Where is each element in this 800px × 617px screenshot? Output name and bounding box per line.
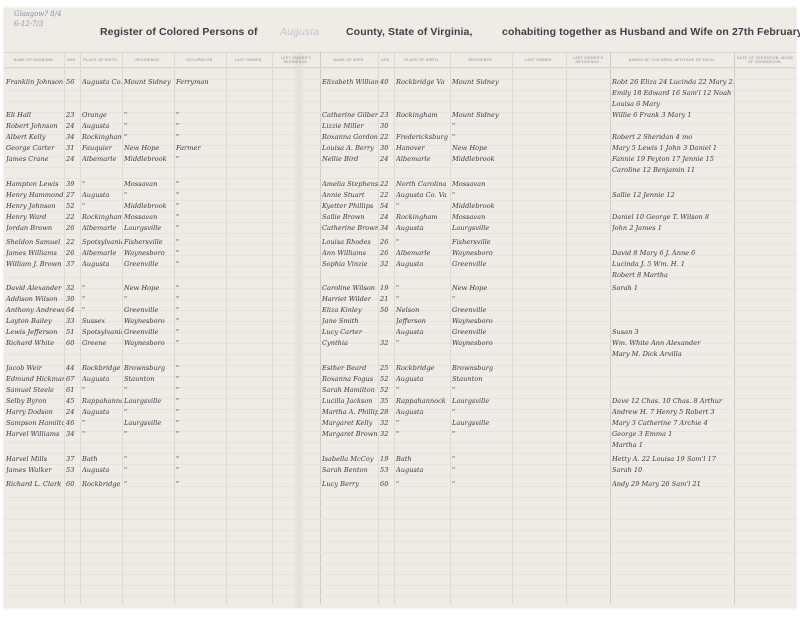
row-rule bbox=[4, 552, 796, 553]
cell-w-res: Waynesboro bbox=[452, 249, 512, 257]
cell-h-age: 60 bbox=[66, 480, 80, 488]
register-row: Layton Bailey33SussexWaynesboro"Jane Smi… bbox=[4, 316, 796, 327]
row-rule bbox=[4, 508, 796, 509]
register-row: David Alexander32"New Hope"Caroline Wils… bbox=[4, 283, 796, 294]
cell-w-birth: " bbox=[396, 202, 450, 210]
cell-occupation: " bbox=[176, 386, 226, 394]
cell-w-birth: Hanover bbox=[396, 144, 450, 152]
cell-wife: Elizabeth Williams bbox=[322, 78, 378, 86]
column-header: Names of Children, with Age of Each. bbox=[610, 53, 734, 67]
cell-husband: Sampson Hamilton bbox=[6, 419, 64, 427]
cell-w-birth: Albemarle bbox=[396, 249, 450, 257]
cell-w-age: 34 bbox=[380, 224, 394, 232]
cell-w-res: " bbox=[452, 480, 512, 488]
cell-w-age: 22 bbox=[380, 191, 394, 199]
cell-w-res: Mossavan bbox=[452, 180, 512, 188]
cell-w-res: " bbox=[452, 466, 512, 474]
register-sheet: Glasgow? 8/4 6-12-7/3 Register of Colore… bbox=[4, 8, 796, 608]
cell-occupation: " bbox=[176, 133, 226, 141]
cell-children: Robt 26 Eliza 24 Lucinda 22 Mary 21 bbox=[612, 78, 734, 86]
cell-husband: Albert Kelly bbox=[6, 133, 64, 141]
cell-w-birth: " bbox=[396, 480, 450, 488]
cell-h-birth: Augusta bbox=[82, 466, 122, 474]
cell-h-age: 24 bbox=[66, 408, 80, 416]
cell-husband: William J. Brown bbox=[6, 260, 64, 268]
cell-children: Lucinda J. 5 Wm. H. 1 bbox=[612, 260, 734, 268]
cell-h-res: " bbox=[124, 111, 174, 119]
register-row: Henry Hammond27Augusta""Annie Stuart22Au… bbox=[4, 190, 796, 201]
column-header: Last Owner's Residence. bbox=[272, 53, 320, 67]
cell-h-age: 39 bbox=[66, 180, 80, 188]
register-row: William J. Brown37AugustaGreenville"Soph… bbox=[4, 259, 796, 270]
cell-h-age: 30 bbox=[66, 295, 80, 303]
cell-w-res: Mount Sidney bbox=[452, 111, 512, 119]
register-row: Robert 8 Martha bbox=[4, 270, 796, 281]
cell-h-birth: Rockbridge bbox=[82, 364, 122, 372]
cell-w-age: 19 bbox=[380, 455, 394, 463]
register-row: Hampton Lewis39"Mossavan"Amelia Stephens… bbox=[4, 179, 796, 190]
cell-husband: Franklin Johnson bbox=[6, 78, 64, 86]
cell-w-res: " bbox=[452, 408, 512, 416]
cell-h-age: 45 bbox=[66, 397, 80, 405]
cell-w-birth: " bbox=[396, 339, 450, 347]
cell-w-birth: Augusta bbox=[396, 224, 450, 232]
cell-children: Andrew H. 7 Henry 5 Robert 3 bbox=[612, 408, 734, 416]
cell-children: Fannie 19 Peyton 17 Jennie 15 bbox=[612, 155, 734, 163]
register-row: Henry Ward22RockinghamMossavan"Sallie Br… bbox=[4, 212, 796, 223]
cell-w-birth: Augusta bbox=[396, 408, 450, 416]
row-rule bbox=[4, 574, 796, 575]
cell-w-age: 22 bbox=[380, 133, 394, 141]
cell-h-age: 60 bbox=[66, 339, 80, 347]
cell-wife: Lucilla Jackson bbox=[322, 397, 378, 405]
cell-h-res: Waynesboro bbox=[124, 249, 174, 257]
cell-wife: Amelia Stephenson bbox=[322, 180, 378, 188]
cell-h-birth: Augusta bbox=[82, 260, 122, 268]
cell-w-birth: Jefferson bbox=[396, 317, 450, 325]
cell-occupation: " bbox=[176, 317, 226, 325]
cell-w-age: 40 bbox=[380, 78, 394, 86]
cell-w-res: New Hope bbox=[452, 144, 512, 152]
cell-w-birth: Augusta Co. Va bbox=[396, 191, 450, 199]
cell-w-res: Greenville bbox=[452, 306, 512, 314]
cell-w-age: 21 bbox=[380, 295, 394, 303]
cell-occupation: " bbox=[176, 419, 226, 427]
cell-h-res: " bbox=[124, 430, 174, 438]
cell-w-birth: Augusta bbox=[396, 375, 450, 383]
cell-wife: Caroline Wilson bbox=[322, 284, 378, 292]
column-header: Occupation. bbox=[174, 53, 226, 67]
cell-w-age: 30 bbox=[380, 122, 394, 130]
cell-h-res: " bbox=[124, 480, 174, 488]
register-row: Martha 1 bbox=[4, 440, 796, 451]
cell-h-age: 26 bbox=[66, 249, 80, 257]
cell-h-age: 31 bbox=[66, 144, 80, 152]
cell-husband: David Alexander bbox=[6, 284, 64, 292]
cell-h-res: Mossavan bbox=[124, 180, 174, 188]
cell-occupation: " bbox=[176, 306, 226, 314]
cell-w-age: 28 bbox=[380, 408, 394, 416]
cell-h-age: 44 bbox=[66, 364, 80, 372]
cell-w-birth: Augusta bbox=[396, 466, 450, 474]
cell-wife: Louisa Rhodes bbox=[322, 238, 378, 246]
register-row: Richard L. Clark60Rockbridge""Lucy Berry… bbox=[4, 479, 796, 490]
cell-husband: Robert Johnson bbox=[6, 122, 64, 130]
cell-occupation: " bbox=[176, 295, 226, 303]
cell-children: Caroline 12 Benjamin 11 bbox=[612, 166, 734, 174]
cell-h-birth: Rockingham bbox=[82, 213, 122, 221]
cell-h-birth: Spotsylvania bbox=[82, 328, 122, 336]
cell-w-age: 52 bbox=[380, 375, 394, 383]
cell-h-birth: Augusta bbox=[82, 408, 122, 416]
cell-w-birth: Rappahannock bbox=[396, 397, 450, 405]
cell-w-age: 54 bbox=[380, 202, 394, 210]
cell-h-res: Greenville bbox=[124, 260, 174, 268]
cell-h-birth: Rockingham bbox=[82, 133, 122, 141]
cell-h-birth: Albemarle bbox=[82, 155, 122, 163]
cell-h-res: " bbox=[124, 191, 174, 199]
cell-h-res: Greenville bbox=[124, 328, 174, 336]
cell-h-age: 27 bbox=[66, 191, 80, 199]
cell-w-res: " bbox=[452, 133, 512, 141]
cell-h-res: " bbox=[124, 386, 174, 394]
cell-husband: Samuel Steele bbox=[6, 386, 64, 394]
cell-w-age: 30 bbox=[380, 144, 394, 152]
cell-w-res: " bbox=[452, 455, 512, 463]
cell-children: Hetty A. 22 Louisa 19 Sam'l 17 bbox=[612, 455, 734, 463]
cell-occupation: " bbox=[176, 238, 226, 246]
cell-husband: Henry Hammond bbox=[6, 191, 64, 199]
cell-w-age: 35 bbox=[380, 397, 394, 405]
cell-husband: Henry Ward bbox=[6, 213, 64, 221]
cell-w-age: 50 bbox=[380, 306, 394, 314]
cell-occupation: " bbox=[176, 328, 226, 336]
cell-h-res: Mossavan bbox=[124, 213, 174, 221]
cell-w-res: Mossavan bbox=[452, 213, 512, 221]
cell-h-res: Middlebrook bbox=[124, 202, 174, 210]
corner-note: Glasgow? 8/4 bbox=[14, 10, 62, 18]
cell-wife: Sallie Brown bbox=[322, 213, 378, 221]
cell-husband: Hampton Lewis bbox=[6, 180, 64, 188]
cell-w-res: Waynesboro bbox=[452, 339, 512, 347]
cell-w-res: Waynesboro bbox=[452, 317, 512, 325]
cell-wife: Harriet Wilder bbox=[322, 295, 378, 303]
cell-h-birth: " bbox=[82, 419, 122, 427]
cell-children: Mary 5 Lewis 1 John 3 Daniel 1 bbox=[612, 144, 734, 152]
cell-wife: Cynthia bbox=[322, 339, 378, 347]
register-row: Edmund Hickman67AugustaStaunton"Roxanna … bbox=[4, 374, 796, 385]
title-county: Augusta bbox=[280, 26, 319, 38]
cell-h-birth: " bbox=[82, 306, 122, 314]
cell-husband: Addison Wilson bbox=[6, 295, 64, 303]
row-rule bbox=[4, 68, 796, 69]
register-row: Lewis Jefferson51SpotsylvaniaGreenville"… bbox=[4, 327, 796, 338]
cell-children: Mary 3 Catherine 7 Archie 4 bbox=[612, 419, 734, 427]
cell-w-res: " bbox=[452, 430, 512, 438]
column-header: Name of Wife. bbox=[320, 53, 378, 67]
cell-w-birth: Rockbridge Va bbox=[396, 78, 450, 86]
cell-children: Mary M. Dick Arvilla bbox=[612, 350, 734, 358]
cell-w-res: Laurgsville bbox=[452, 224, 512, 232]
cell-occupation: " bbox=[176, 122, 226, 130]
cell-h-age: 22 bbox=[66, 238, 80, 246]
cell-h-birth: " bbox=[82, 295, 122, 303]
cell-occupation: " bbox=[176, 455, 226, 463]
cell-h-birth: " bbox=[82, 430, 122, 438]
cell-w-res: Laurgsville bbox=[452, 419, 512, 427]
row-rule bbox=[4, 541, 796, 542]
cell-h-age: 64 bbox=[66, 306, 80, 314]
cell-wife: Kyetter Phillips bbox=[322, 202, 378, 210]
cell-wife: Margaret Kelly bbox=[322, 419, 378, 427]
cell-h-age: 53 bbox=[66, 466, 80, 474]
cell-occupation: Farmer bbox=[176, 144, 226, 152]
cell-wife: Nellie Bird bbox=[322, 155, 378, 163]
cell-h-res: Waynesboro bbox=[124, 339, 174, 347]
cell-w-age: 26 bbox=[380, 238, 394, 246]
cell-wife: Sarah Benton bbox=[322, 466, 378, 474]
register-row: Albert Kelly34Rockingham""Roxanna Gordon… bbox=[4, 132, 796, 143]
cell-h-res: " bbox=[124, 408, 174, 416]
cell-w-res: Brownsburg bbox=[452, 364, 512, 372]
cell-h-age: 34 bbox=[66, 133, 80, 141]
cell-husband: James Crane bbox=[6, 155, 64, 163]
cell-h-birth: " bbox=[82, 202, 122, 210]
cell-occupation: " bbox=[176, 180, 226, 188]
cell-husband: Richard L. Clark bbox=[6, 480, 64, 488]
column-header: Last Owner's Residence. bbox=[566, 53, 610, 67]
cell-husband: Jacob Weir bbox=[6, 364, 64, 372]
register-row: Richard White60GreeneWaynesboro"Cynthia3… bbox=[4, 338, 796, 349]
cell-h-birth: Sussex bbox=[82, 317, 122, 325]
cell-occupation: " bbox=[176, 191, 226, 199]
row-rule bbox=[4, 497, 796, 498]
register-row: Harvel Mills37Bath""Isabella McCoy19Bath… bbox=[4, 454, 796, 465]
cell-occupation: " bbox=[176, 155, 226, 163]
cell-h-res: Fishersville bbox=[124, 238, 174, 246]
corner-note: 6-12-7/3 bbox=[14, 20, 43, 28]
cell-wife: Roxanna Gordon bbox=[322, 133, 378, 141]
cell-h-birth: Bath bbox=[82, 455, 122, 463]
register-row: Louisa 6 Mary bbox=[4, 99, 796, 110]
cell-h-age: 22 bbox=[66, 213, 80, 221]
cell-h-res: Laurgsville bbox=[124, 397, 174, 405]
register-row: George Carter31FauquierNew HopeFarmerLou… bbox=[4, 143, 796, 154]
cell-h-res: Middlebrook bbox=[124, 155, 174, 163]
register-row: Sampson Hamilton46"Laurgsville"Margaret … bbox=[4, 418, 796, 429]
cell-children: Louisa 6 Mary bbox=[612, 100, 734, 108]
cell-w-res: Fishersville bbox=[452, 238, 512, 246]
cell-h-birth: Albemarle bbox=[82, 249, 122, 257]
cell-h-age: 24 bbox=[66, 155, 80, 163]
cell-w-age: 60 bbox=[380, 480, 394, 488]
cell-occupation: " bbox=[176, 466, 226, 474]
cell-h-birth: Fauquier bbox=[82, 144, 122, 152]
cell-w-age: 32 bbox=[380, 339, 394, 347]
cell-w-birth: Rockingham bbox=[396, 213, 450, 221]
cell-w-age: 25 bbox=[380, 364, 394, 372]
title-part2: County, State of Virginia, bbox=[346, 26, 472, 38]
cell-h-age: 61 bbox=[66, 386, 80, 394]
cell-h-res: Staunton bbox=[124, 375, 174, 383]
cell-children: Susan 3 bbox=[612, 328, 734, 336]
cell-husband: Anthony Andrews bbox=[6, 306, 64, 314]
register-row: Eli Hall23Orange""Catherine Gilbert23Roc… bbox=[4, 110, 796, 121]
register-row: Anthony Andrews64"Greenville"Eliza Kinle… bbox=[4, 305, 796, 316]
cell-occupation: " bbox=[176, 339, 226, 347]
cell-wife: Esther Beard bbox=[322, 364, 378, 372]
cell-occupation: " bbox=[176, 213, 226, 221]
cell-children: Emily 18 Edward 16 Sam'l 12 Noah 7 bbox=[612, 89, 734, 97]
cell-w-birth: " bbox=[396, 386, 450, 394]
cell-wife: Jane Smith bbox=[322, 317, 378, 325]
cell-children: Sarah 1 bbox=[612, 284, 734, 292]
cell-h-res: New Hope bbox=[124, 144, 174, 152]
register-row: Selby Byron45RappahannockLaurgsville"Luc… bbox=[4, 396, 796, 407]
cell-wife: Isabella McCoy bbox=[322, 455, 378, 463]
cell-w-res: Laurgsville bbox=[452, 397, 512, 405]
cell-w-res: " bbox=[452, 295, 512, 303]
register-row: Harvel Williams34"""Margaret Brown32""Ge… bbox=[4, 429, 796, 440]
cell-wife: Louisa A. Berry bbox=[322, 144, 378, 152]
cell-wife: Eliza Kinley bbox=[322, 306, 378, 314]
register-row: James Crane24AlbemarleMiddlebrook"Nellie… bbox=[4, 154, 796, 165]
cell-w-birth: " bbox=[396, 430, 450, 438]
cell-children: Daniel 10 George T. Wilson 8 bbox=[612, 213, 734, 221]
cell-husband: Sheldon Samuel bbox=[6, 238, 64, 246]
cell-wife: Annie Stuart bbox=[322, 191, 378, 199]
cell-w-birth: Rockingham bbox=[396, 111, 450, 119]
cell-h-birth: Augusta bbox=[82, 122, 122, 130]
cell-husband: Harry Dodson bbox=[6, 408, 64, 416]
column-header: Date of Cessation, Mode of Separation. bbox=[734, 53, 796, 67]
cell-children: Martha 1 bbox=[612, 441, 734, 449]
cell-w-birth: Albemarle bbox=[396, 155, 450, 163]
cell-husband: Edmund Hickman bbox=[6, 375, 64, 383]
cell-h-res: " bbox=[124, 295, 174, 303]
register-row: James Walker53Augusta""Sarah Benton53Aug… bbox=[4, 465, 796, 476]
cell-h-res: Greenville bbox=[124, 306, 174, 314]
cell-w-age: 52 bbox=[380, 386, 394, 394]
register-row: Harry Dodson24Augusta""Martha A. Phillip… bbox=[4, 407, 796, 418]
cell-w-age: 32 bbox=[380, 260, 394, 268]
cell-children: Robert 2 Sheridan 4 mo bbox=[612, 133, 734, 141]
cell-w-birth: " bbox=[396, 284, 450, 292]
title-part3: cohabiting together as Husband and Wife … bbox=[502, 26, 800, 38]
cell-husband: Selby Byron bbox=[6, 397, 64, 405]
cell-w-age: 26 bbox=[380, 249, 394, 257]
cell-h-res: New Hope bbox=[124, 284, 174, 292]
column-header: Name of Husband. bbox=[4, 53, 64, 67]
cell-children: Robert 8 Martha bbox=[612, 271, 734, 279]
cell-occupation: Ferryman bbox=[176, 78, 226, 86]
cell-wife: Sarah Hamilton bbox=[322, 386, 378, 394]
cell-h-res: Waynesboro bbox=[124, 317, 174, 325]
cell-occupation: " bbox=[176, 375, 226, 383]
cell-occupation: " bbox=[176, 111, 226, 119]
cell-husband: Harvel Mills bbox=[6, 455, 64, 463]
cell-wife: Sophia Vinzie bbox=[322, 260, 378, 268]
cell-h-res: Laurgsville bbox=[124, 419, 174, 427]
cell-wife: Lucy Berry bbox=[322, 480, 378, 488]
register-row: Jacob Weir44RockbridgeBrownsburg"Esther … bbox=[4, 363, 796, 374]
cell-wife: Margaret Brown bbox=[322, 430, 378, 438]
column-header: Last Owner. bbox=[512, 53, 566, 67]
cell-w-res: New Hope bbox=[452, 284, 512, 292]
cell-children: Wm. White Ann Alexander bbox=[612, 339, 734, 347]
cell-wife: Ann Williams bbox=[322, 249, 378, 257]
column-header: Last Owner. bbox=[226, 53, 272, 67]
cell-children: John 2 James 1 bbox=[612, 224, 734, 232]
cell-w-birth: North Carolina bbox=[396, 180, 450, 188]
register-row: Caroline 12 Benjamin 11 bbox=[4, 165, 796, 176]
cell-w-birth: Bath bbox=[396, 455, 450, 463]
cell-wife: Catherine Gilbert bbox=[322, 111, 378, 119]
column-header: Age. bbox=[378, 53, 394, 67]
row-rule bbox=[4, 519, 796, 520]
cell-h-birth: " bbox=[82, 386, 122, 394]
register-row: Samuel Steele61"""Sarah Hamilton52"" bbox=[4, 385, 796, 396]
cell-h-age: 37 bbox=[66, 260, 80, 268]
cell-h-birth: " bbox=[82, 284, 122, 292]
cell-w-res: " bbox=[452, 122, 512, 130]
cell-husband: Jordan Brown bbox=[6, 224, 64, 232]
cell-occupation: " bbox=[176, 202, 226, 210]
cell-h-res: " bbox=[124, 133, 174, 141]
cell-h-birth: " bbox=[82, 180, 122, 188]
column-header: Place of Birth. bbox=[80, 53, 122, 67]
register-row: Franklin Johnson56Augusta Co. VaMount Si… bbox=[4, 77, 796, 88]
column-header: Residence. bbox=[450, 53, 512, 67]
cell-occupation: " bbox=[176, 430, 226, 438]
cell-w-res: Middlebrook bbox=[452, 155, 512, 163]
cell-h-birth: Augusta bbox=[82, 191, 122, 199]
cell-h-res: Laurgsville bbox=[124, 224, 174, 232]
cell-wife: Catherine Brown bbox=[322, 224, 378, 232]
cell-occupation: " bbox=[176, 364, 226, 372]
cell-h-res: " bbox=[124, 455, 174, 463]
cell-wife: Roxanna Fogus bbox=[322, 375, 378, 383]
cell-h-age: 24 bbox=[66, 122, 80, 130]
row-rule bbox=[4, 585, 796, 586]
cell-children: Andy 29 Mary 26 Sam'l 21 bbox=[612, 480, 734, 488]
cell-w-birth: " bbox=[396, 295, 450, 303]
cell-h-birth: Orange bbox=[82, 111, 122, 119]
cell-h-res: " bbox=[124, 466, 174, 474]
cell-h-age: 33 bbox=[66, 317, 80, 325]
cell-children: Willie 6 Frank 3 Mary 1 bbox=[612, 111, 734, 119]
cell-w-age: 32 bbox=[380, 419, 394, 427]
column-header: Residence. bbox=[122, 53, 174, 67]
cell-occupation: " bbox=[176, 480, 226, 488]
cell-children: George 3 Emma 1 bbox=[612, 430, 734, 438]
cell-h-res: " bbox=[124, 122, 174, 130]
cell-h-birth: Albemarle bbox=[82, 224, 122, 232]
cell-h-age: 52 bbox=[66, 202, 80, 210]
cell-husband: James Walker bbox=[6, 466, 64, 474]
column-header: Age. bbox=[64, 53, 80, 67]
cell-w-res: Greenville bbox=[452, 260, 512, 268]
cell-h-age: 46 bbox=[66, 419, 80, 427]
cell-husband: Layton Bailey bbox=[6, 317, 64, 325]
cell-wife: Lucy Carter bbox=[322, 328, 378, 336]
cell-h-age: 51 bbox=[66, 328, 80, 336]
cell-w-age: 22 bbox=[380, 180, 394, 188]
cell-h-age: 67 bbox=[66, 375, 80, 383]
register-row: Emily 18 Edward 16 Sam'l 12 Noah 7 bbox=[4, 88, 796, 99]
cell-h-res: Brownsburg bbox=[124, 364, 174, 372]
cell-h-age: 37 bbox=[66, 455, 80, 463]
